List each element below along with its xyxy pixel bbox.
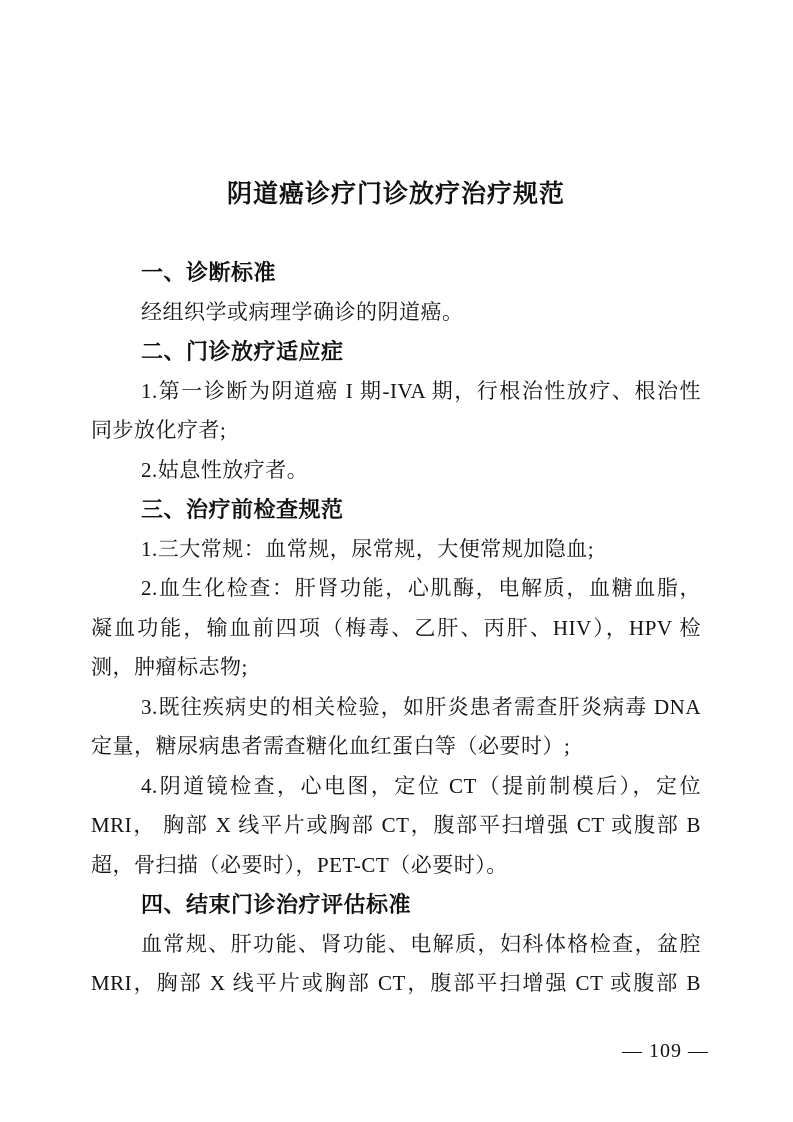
document-page: 阴道癌诊疗门诊放疗治疗规范 一、诊断标准经组织学或病理学确诊的阴道癌。二、门诊放… (0, 0, 793, 1122)
paragraph-line: 3.既往疾病史的相关检验，如肝炎患者需查肝炎病毒 DNA (91, 688, 701, 728)
paragraph: 经组织学或病理学确诊的阴道癌。 (91, 293, 701, 333)
section-heading: 四、结束门诊治疗评估标准 (91, 885, 701, 925)
paragraph-line: 血常规、肝功能、肾功能、电解质，妇科体格检查，盆腔 (91, 925, 701, 965)
paragraph: 2.血生化检查：肝肾功能，心肌酶，电解质，血糖血脂，凝血功能，输血前四项（梅毒、… (91, 569, 701, 688)
section-heading: 二、门诊放疗适应症 (91, 332, 701, 372)
paragraph-line: 经组织学或病理学确诊的阴道癌。 (91, 293, 701, 333)
paragraph: 3.既往疾病史的相关检验，如肝炎患者需查肝炎病毒 DNA定量，糖尿病患者需查糖化… (91, 688, 701, 767)
paragraph-line: 定量，糖尿病患者需查糖化血红蛋白等（必要时）; (91, 727, 701, 767)
paragraph-line: 同步放化疗者; (91, 411, 701, 451)
paragraph-line: 2.血生化检查：肝肾功能，心肌酶，电解质，血糖血脂， (91, 569, 701, 609)
page-number: — 109 — (622, 1040, 709, 1063)
paragraph-line: 1.第一诊断为阴道癌 I 期-IVA 期，行根治性放疗、根治性 (91, 372, 701, 412)
section-heading: 一、诊断标准 (91, 253, 701, 293)
paragraph-line: 2.姑息性放疗者。 (91, 451, 701, 491)
paragraph-line: 超，骨扫描（必要时），PET-CT（必要时）。 (91, 846, 701, 886)
document-body: 一、诊断标准经组织学或病理学确诊的阴道癌。二、门诊放疗适应症1.第一诊断为阴道癌… (91, 253, 701, 1004)
paragraph-line: MRI，胸部 X 线平片或胸部 CT，腹部平扫增强 CT 或腹部 B (91, 964, 701, 1004)
paragraph: 2.姑息性放疗者。 (91, 451, 701, 491)
paragraph: 1.三大常规：血常规，尿常规，大便常规加隐血; (91, 530, 701, 570)
paragraph: 血常规、肝功能、肾功能、电解质，妇科体格检查，盆腔MRI，胸部 X 线平片或胸部… (91, 925, 701, 1004)
paragraph-line: 4.阴道镜检查，心电图，定位 CT（提前制模后），定位 (91, 767, 701, 807)
document-title: 阴道癌诊疗门诊放疗治疗规范 (91, 176, 701, 212)
paragraph-line: MRI， 胸部 X 线平片或胸部 CT，腹部平扫增强 CT 或腹部 B (91, 806, 701, 846)
paragraph: 1.第一诊断为阴道癌 I 期-IVA 期，行根治性放疗、根治性同步放化疗者; (91, 372, 701, 451)
paragraph-line: 凝血功能，输血前四项（梅毒、乙肝、丙肝、HIV），HPV 检 (91, 609, 701, 649)
paragraph-line: 测，肿瘤标志物; (91, 648, 701, 688)
section-heading: 三、治疗前检查规范 (91, 490, 701, 530)
paragraph-line: 1.三大常规：血常规，尿常规，大便常规加隐血; (91, 530, 701, 570)
paragraph: 4.阴道镜检查，心电图，定位 CT（提前制模后），定位MRI， 胸部 X 线平片… (91, 767, 701, 886)
